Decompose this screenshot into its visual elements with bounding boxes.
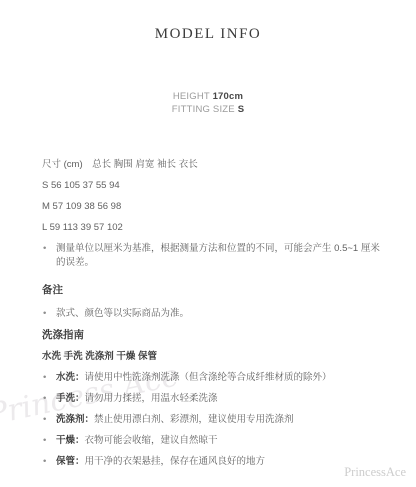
washing-item-hand-wash: 手洗：请勿用力揉搓，用温水轻柔洗涤 (42, 392, 386, 406)
washing-item-label: 保管： (56, 456, 85, 467)
height-label: HEIGHT (173, 91, 210, 102)
washing-item-machine-wash: 水洗：请使用中性洗涤剂洗涤（但含涤纶等合成纤维材质的除外） (42, 371, 386, 385)
washing-list: 水洗：请使用中性洗涤剂洗涤（但含涤纶等合成纤维材质的除外） 手洗：请勿用力揉搓，… (42, 371, 386, 469)
size-notes: 测量单位以厘米为基准，根据测量方法和位置的不同，可能会产生 0.5~1 厘米的误… (42, 242, 386, 270)
size-table-header: 尺寸 (cm) 总长 胸围 肩宽 袖长 衣长 (42, 158, 386, 172)
washing-item-label: 洗涤剂： (56, 414, 94, 425)
fitting-size-value: S (238, 104, 245, 115)
washing-item-label: 水洗： (56, 372, 85, 383)
washing-item-text: 衣物可能会收缩，建议自然晾干 (85, 435, 218, 446)
remarks-heading: 备注 (42, 283, 386, 297)
washing-item-text: 用干净的衣架悬挂，保存在通风良好的地方 (85, 456, 266, 467)
fitting-size-label: FITTING SIZE (172, 104, 235, 115)
washing-item-detergent: 洗涤剂：禁止使用漂白剂、彩漂剂，建议使用专用洗涤剂 (42, 413, 386, 427)
size-note-item: 测量单位以厘米为基准，根据测量方法和位置的不同，可能会产生 0.5~1 厘米的误… (42, 242, 386, 270)
washing-subheading: 水洗 手洗 洗涤剂 干燥 保管 (42, 350, 386, 364)
product-info-page: MODEL INFO HEIGHT 170cm FITTING SIZE S 尺… (0, 0, 416, 487)
model-info: HEIGHT 170cm FITTING SIZE S (0, 90, 416, 116)
size-row-s: S 56 105 37 55 94 (42, 179, 386, 193)
remarks-note-item: 款式、颜色等以实际商品为准。 (42, 307, 386, 321)
washing-item-label: 干燥： (56, 435, 85, 446)
washing-item-label: 手洗： (56, 393, 85, 404)
model-height: HEIGHT 170cm (0, 90, 416, 103)
washing-item-text: 禁止使用漂白剂、彩漂剂，建议使用专用洗涤剂 (94, 414, 294, 425)
page-title: MODEL INFO (0, 0, 416, 43)
washing-item-text: 请勿用力揉搓，用温水轻柔洗涤 (85, 393, 218, 404)
remarks-list: 款式、颜色等以实际商品为准。 (42, 307, 386, 321)
washing-item-drying: 干燥：衣物可能会收缩，建议自然晾干 (42, 434, 386, 448)
model-fitting-size: FITTING SIZE S (0, 103, 416, 116)
washing-guide-heading: 洗涤指南 (42, 328, 386, 342)
size-row-m: M 57 109 38 56 98 (42, 200, 386, 214)
height-value: 170cm (213, 91, 244, 102)
washing-item-text: 请使用中性洗涤剂洗涤（但含涤纶等合成纤维材质的除外） (85, 372, 332, 383)
washing-item-storage: 保管：用干净的衣架悬挂，保存在通风良好的地方 (42, 455, 386, 469)
detail-content: 尺寸 (cm) 总长 胸围 肩宽 袖长 衣长 S 56 105 37 55 94… (0, 158, 416, 469)
size-row-l: L 59 113 39 57 102 (42, 221, 386, 235)
